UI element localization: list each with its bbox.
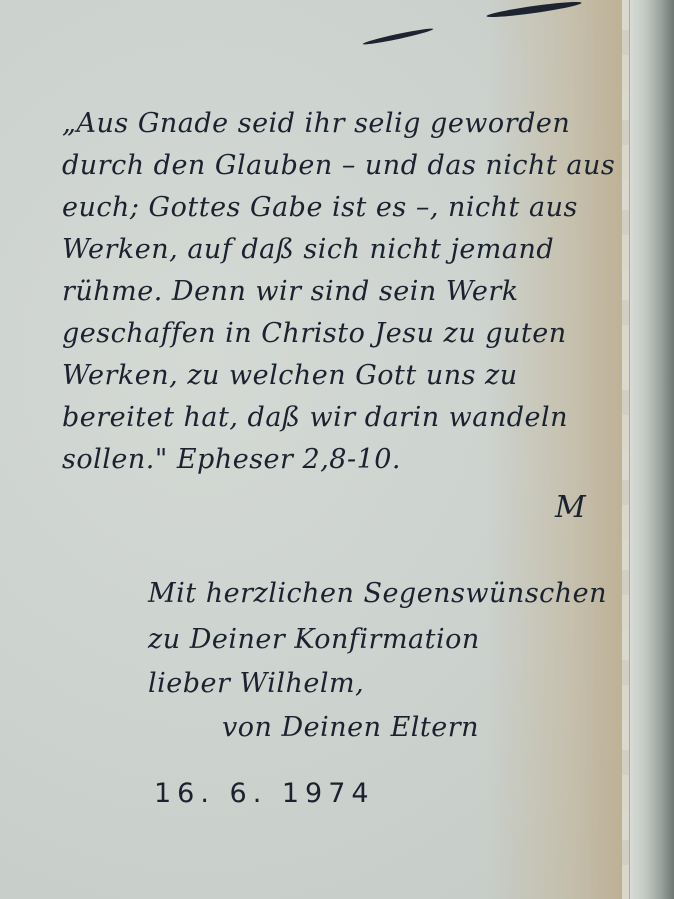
dedication-line: lieber Wilhelm, (148, 668, 364, 699)
pen-stroke-top-left (362, 27, 433, 47)
date: 16. 6. 1974 (154, 778, 375, 809)
quote-line: sollen." Epheser 2,8-10. (62, 444, 401, 475)
dedication-line: Mit herzlichen Segenswünschen (148, 578, 607, 609)
quote-line: Werken, auf daß sich nicht jemand (62, 234, 554, 265)
book-page: „Aus Gnade seid ihr selig geworden durch… (0, 0, 674, 899)
handwritten-initial: M (555, 490, 586, 525)
quote-line: rühme. Denn wir sind sein Werk (62, 276, 519, 307)
book-spine (629, 0, 674, 899)
quote-line: Werken, zu welchen Gott uns zu (62, 360, 518, 391)
quote-line: „Aus Gnade seid ihr selig geworden (62, 108, 570, 139)
quote-line: geschaffen in Christo Jesu zu guten (62, 318, 567, 349)
dedication-signature: von Deinen Eltern (222, 712, 479, 743)
dedication-line: zu Deiner Konfirmation (148, 624, 480, 655)
quote-line: euch; Gottes Gabe ist es –, nicht aus (62, 192, 578, 223)
quote-line: bereitet hat, daß wir darin wandeln (62, 402, 568, 433)
quote-line: durch den Glauben – und das nicht aus (62, 150, 615, 181)
